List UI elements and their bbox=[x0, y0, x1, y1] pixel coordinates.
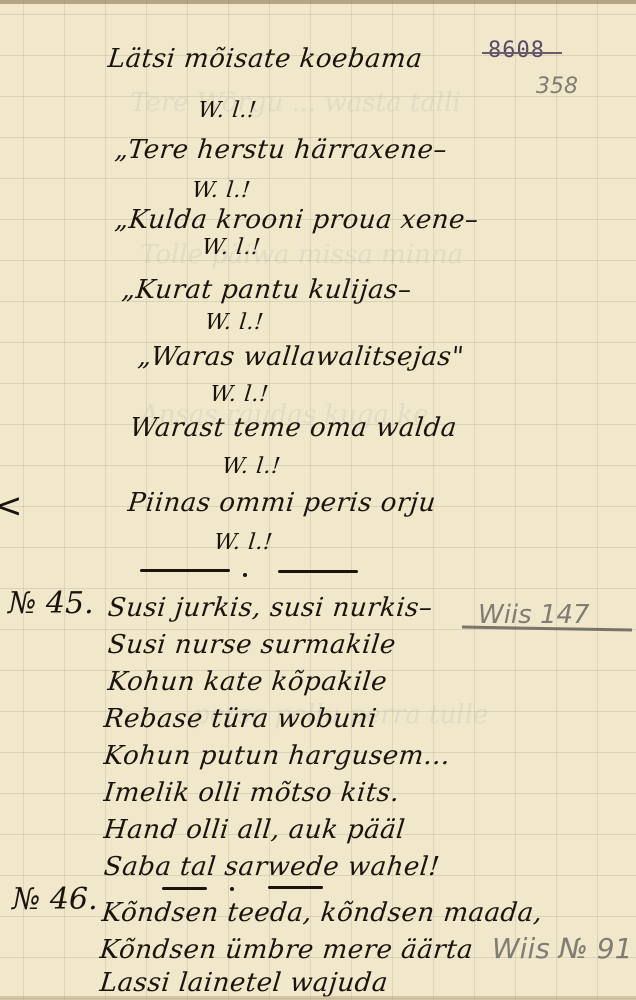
song-number: № 45. bbox=[8, 586, 94, 621]
section-divider bbox=[140, 569, 230, 572]
refrain-line: W. l.! bbox=[213, 530, 274, 555]
refrain-line: W. l.! bbox=[201, 235, 262, 260]
song-line: Susi jurkis, susi nurkis– bbox=[106, 593, 434, 623]
bleed-through-text: Tolle päiwa missa minna bbox=[140, 240, 463, 270]
verse-line: „Kurat pantu kulijas– bbox=[120, 275, 413, 305]
song-line: Lassi lainetel wajuda bbox=[98, 968, 389, 998]
stamp-strikethrough bbox=[482, 52, 562, 54]
section-divider bbox=[268, 886, 323, 889]
refrain-line: W. l.! bbox=[204, 310, 265, 335]
archive-stamp-number: 8608 bbox=[488, 38, 545, 63]
song-line: Hand olli all, auk pääl bbox=[102, 815, 406, 845]
song-line: Susi nurse surmakile bbox=[106, 630, 397, 660]
notebook-page: Tere Wõrgu ... wasta talli Tolle päiwa m… bbox=[0, 0, 636, 1000]
divider-dot bbox=[243, 573, 247, 577]
pencil-strikethrough bbox=[462, 626, 632, 632]
song-line: Kohun putun hargusem... bbox=[102, 741, 451, 771]
refrain-line: W. l.! bbox=[197, 98, 258, 123]
song-line: Imelik olli mõtso kits. bbox=[102, 778, 401, 808]
verse-line: „Tere herstu härraxene– bbox=[113, 135, 448, 165]
verse-line: Warast teme oma walda bbox=[128, 413, 458, 443]
song-line: Kõndsen ümbre mere äärta bbox=[98, 935, 474, 965]
song-number: № 46. bbox=[12, 882, 98, 917]
divider-dot bbox=[230, 887, 234, 891]
verse-line: Lätsi mõisate koebama bbox=[106, 44, 423, 74]
song-line: Rebase türa wobuni bbox=[102, 704, 378, 734]
page-number: 358 bbox=[536, 74, 578, 99]
song-line: Kohun kate kõpakile bbox=[106, 667, 388, 697]
section-divider bbox=[278, 570, 358, 573]
section-divider bbox=[162, 887, 207, 890]
pencil-tune-note: Wiis № 91 bbox=[492, 932, 632, 965]
song-line: Saba tal sarwede wahel! bbox=[102, 852, 441, 882]
verse-line: „Kulda krooni proua xene– bbox=[113, 205, 480, 235]
bleed-through-text: Tere Wõrgu ... wasta talli bbox=[130, 88, 461, 118]
verse-line: „Waras wallawalitsejas" bbox=[136, 342, 465, 372]
margin-mark: < bbox=[0, 486, 23, 526]
page-top-edge bbox=[0, 0, 636, 4]
refrain-line: W. l.! bbox=[191, 178, 252, 203]
refrain-line: W. l.! bbox=[209, 382, 270, 407]
verse-line: Piinas ommi peris orju bbox=[126, 488, 437, 518]
song-line: Kõndsen teeda, kõndsen maada, bbox=[100, 898, 544, 928]
page-bottom-edge bbox=[0, 996, 636, 1000]
refrain-line: W. l.! bbox=[221, 454, 282, 479]
